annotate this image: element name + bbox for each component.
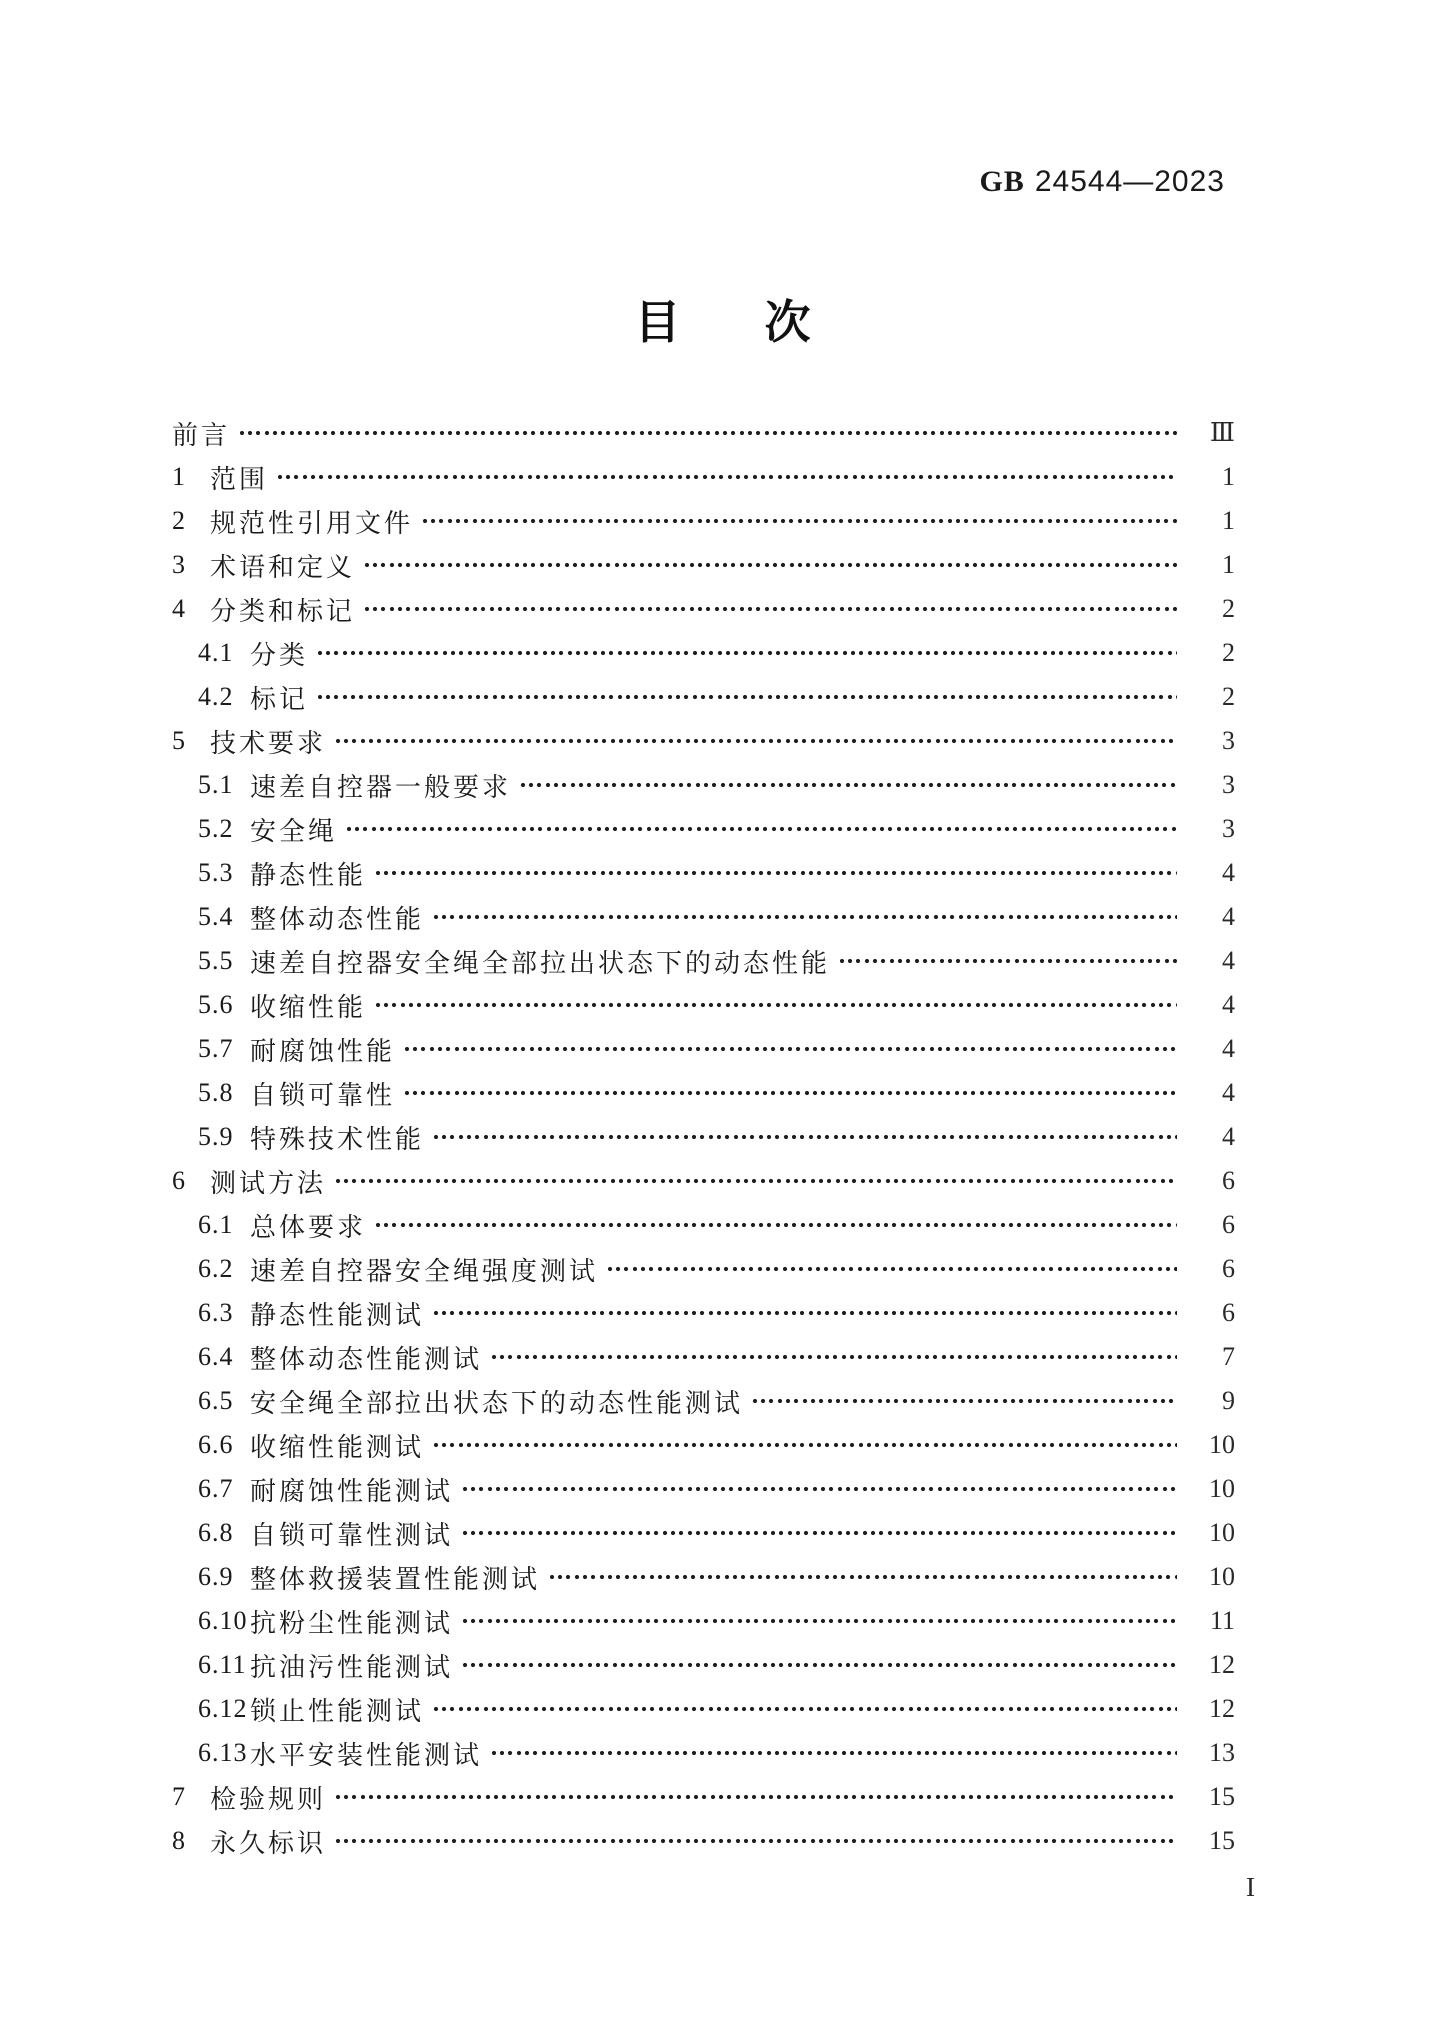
toc-entry-page: 2 bbox=[1189, 682, 1235, 712]
toc-entry-title: 整体动态性能测试 bbox=[250, 1339, 482, 1376]
toc-entry-number: 5.8 bbox=[198, 1078, 250, 1108]
toc-entry-title: 抗粉尘性能测试 bbox=[250, 1603, 453, 1640]
toc-row: 5.6收缩性能4 bbox=[172, 983, 1235, 1027]
toc-row: 2规范性引用文件1 bbox=[172, 499, 1235, 543]
toc-entry-title: 抗油污性能测试 bbox=[250, 1647, 453, 1684]
toc-entry-page: 4 bbox=[1189, 990, 1235, 1020]
toc-entry-number: 6.8 bbox=[198, 1518, 250, 1548]
dot-leader bbox=[374, 851, 1177, 895]
toc-entry-title: 检验规则 bbox=[210, 1779, 326, 1816]
toc-entry-number: 6.9 bbox=[198, 1562, 250, 1592]
toc-entry-number: 2 bbox=[172, 506, 210, 536]
toc-entry-title: 锁止性能测试 bbox=[250, 1691, 424, 1728]
toc-entry-number: 5.7 bbox=[198, 1034, 250, 1064]
toc-row: 5.2安全绳3 bbox=[172, 807, 1235, 851]
toc-row: 6.12锁止性能测试12 bbox=[172, 1687, 1235, 1731]
toc-entry-title: 范围 bbox=[210, 459, 268, 496]
toc-entry-title: 速差自控器安全绳强度测试 bbox=[250, 1251, 598, 1288]
toc-row: 5.9特殊技术性能4 bbox=[172, 1115, 1235, 1159]
toc-entry-page: 11 bbox=[1189, 1606, 1235, 1636]
toc-entry-number: 5.2 bbox=[198, 814, 250, 844]
toc-entry-page: 13 bbox=[1189, 1738, 1235, 1768]
dot-leader bbox=[461, 1511, 1177, 1555]
toc-row: 6.9整体救援装置性能测试10 bbox=[172, 1555, 1235, 1599]
toc-entry-title: 特殊技术性能 bbox=[250, 1119, 424, 1156]
toc-row: 6.11抗油污性能测试12 bbox=[172, 1643, 1235, 1687]
toc-entry-page: 4 bbox=[1189, 1122, 1235, 1152]
toc-entry-number: 5.3 bbox=[198, 858, 250, 888]
dot-leader bbox=[403, 1071, 1177, 1115]
dot-leader bbox=[363, 543, 1177, 587]
toc-entry-number: 5.4 bbox=[198, 902, 250, 932]
toc-entry-number: 6.13 bbox=[198, 1738, 250, 1768]
dot-leader bbox=[334, 1819, 1177, 1863]
toc-entry-page: 10 bbox=[1189, 1430, 1235, 1460]
dot-leader bbox=[432, 895, 1177, 939]
toc-row: 6.13水平安装性能测试13 bbox=[172, 1731, 1235, 1775]
toc-entry-number: 7 bbox=[172, 1782, 210, 1812]
dot-leader bbox=[548, 1555, 1177, 1599]
dot-leader bbox=[490, 1731, 1177, 1775]
toc-entry-number: 6.1 bbox=[198, 1210, 250, 1240]
toc-entry-page: 9 bbox=[1189, 1386, 1235, 1416]
toc-entry-number: 5.5 bbox=[198, 946, 250, 976]
dot-leader bbox=[334, 1775, 1177, 1819]
toc-entry-page: 10 bbox=[1189, 1474, 1235, 1504]
toc-entry-title: 标记 bbox=[250, 679, 308, 716]
standard-code-prefix: GB bbox=[979, 165, 1024, 198]
toc-entry-number: 6.12 bbox=[198, 1694, 250, 1724]
dot-leader bbox=[421, 499, 1177, 543]
toc-entry-page: Ⅲ bbox=[1189, 418, 1235, 448]
toc-entry-page: 2 bbox=[1189, 638, 1235, 668]
page-title-wrap: 目次 bbox=[0, 286, 1445, 352]
toc-entry-number: 8 bbox=[172, 1826, 210, 1856]
dot-leader bbox=[276, 455, 1177, 499]
dot-leader bbox=[316, 631, 1177, 675]
toc-row: 5.1速差自控器一般要求3 bbox=[172, 763, 1235, 807]
document-page: GB24544—2023 目次 前言Ⅲ1范围12规范性引用文件13术语和定义14… bbox=[0, 0, 1445, 2044]
dot-leader bbox=[403, 1027, 1177, 1071]
toc-entry-title: 安全绳 bbox=[250, 811, 337, 848]
toc-entry-title: 前言 bbox=[172, 415, 230, 452]
toc-entry-title: 分类和标记 bbox=[210, 591, 355, 628]
toc-entry-number: 5.6 bbox=[198, 990, 250, 1020]
toc-entry-page: 7 bbox=[1189, 1342, 1235, 1372]
toc-entry-title: 静态性能 bbox=[250, 855, 366, 892]
toc-row: 6.7耐腐蚀性能测试10 bbox=[172, 1467, 1235, 1511]
toc-entry-page: 2 bbox=[1189, 594, 1235, 624]
toc-row: 4.1分类2 bbox=[172, 631, 1235, 675]
toc-entry-number: 6.5 bbox=[198, 1386, 250, 1416]
page-title: 目次 bbox=[551, 295, 895, 349]
dot-leader bbox=[490, 1335, 1177, 1379]
page-number-footer: I bbox=[1246, 1872, 1255, 1903]
standard-code-number: 24544—2023 bbox=[1035, 165, 1225, 198]
toc-entry-page: 12 bbox=[1189, 1650, 1235, 1680]
toc-entry-title: 永久标识 bbox=[210, 1823, 326, 1860]
toc-entry-number: 4.2 bbox=[198, 682, 250, 712]
toc-entry-title: 分类 bbox=[250, 635, 308, 672]
toc-entry-title: 技术要求 bbox=[210, 723, 326, 760]
toc-row: 6.1总体要求6 bbox=[172, 1203, 1235, 1247]
dot-leader bbox=[461, 1643, 1177, 1687]
toc-row: 5.8自锁可靠性4 bbox=[172, 1071, 1235, 1115]
toc-entry-title: 自锁可靠性 bbox=[250, 1075, 395, 1112]
toc-entry-title: 耐腐蚀性能测试 bbox=[250, 1471, 453, 1508]
toc-entry-number: 6.7 bbox=[198, 1474, 250, 1504]
toc-entry-page: 6 bbox=[1189, 1254, 1235, 1284]
dot-leader bbox=[432, 1687, 1177, 1731]
toc-entry-title: 收缩性能测试 bbox=[250, 1427, 424, 1464]
dot-leader bbox=[461, 1467, 1177, 1511]
toc-entry-title: 术语和定义 bbox=[210, 547, 355, 584]
toc-row: 5技术要求3 bbox=[172, 719, 1235, 763]
toc-entry-title: 整体动态性能 bbox=[250, 899, 424, 936]
toc-entry-number: 6.10 bbox=[198, 1606, 250, 1636]
toc-row: 5.3静态性能4 bbox=[172, 851, 1235, 895]
toc-entry-number: 6.4 bbox=[198, 1342, 250, 1372]
toc-row: 6.8自锁可靠性测试10 bbox=[172, 1511, 1235, 1555]
toc-row: 6.2速差自控器安全绳强度测试6 bbox=[172, 1247, 1235, 1291]
toc-entry-title: 规范性引用文件 bbox=[210, 503, 413, 540]
dot-leader bbox=[432, 1423, 1177, 1467]
dot-leader bbox=[316, 675, 1177, 719]
toc-entry-title: 速差自控器安全绳全部拉出状态下的动态性能 bbox=[250, 943, 830, 980]
toc-list: 前言Ⅲ1范围12规范性引用文件13术语和定义14分类和标记24.1分类24.2标… bbox=[172, 411, 1235, 1863]
toc-entry-number: 1 bbox=[172, 462, 210, 492]
toc-row: 5.4整体动态性能4 bbox=[172, 895, 1235, 939]
toc-entry-title: 安全绳全部拉出状态下的动态性能测试 bbox=[250, 1383, 743, 1420]
dot-leader bbox=[238, 411, 1177, 455]
toc-entry-number: 5.1 bbox=[198, 770, 250, 800]
toc-entry-title: 测试方法 bbox=[210, 1163, 326, 1200]
dot-leader bbox=[461, 1599, 1177, 1643]
toc-entry-title: 速差自控器一般要求 bbox=[250, 767, 511, 804]
toc-entry-page: 1 bbox=[1189, 506, 1235, 536]
dot-leader bbox=[606, 1247, 1177, 1291]
toc-entry-page: 6 bbox=[1189, 1166, 1235, 1196]
dot-leader bbox=[751, 1379, 1177, 1423]
toc-entry-page: 4 bbox=[1189, 1034, 1235, 1064]
toc-row: 6测试方法6 bbox=[172, 1159, 1235, 1203]
standard-code: GB24544—2023 bbox=[979, 165, 1225, 199]
toc-entry-number: 6 bbox=[172, 1166, 210, 1196]
toc-entry-number: 6.2 bbox=[198, 1254, 250, 1284]
dot-leader bbox=[432, 1291, 1177, 1335]
toc-entry-number: 6.6 bbox=[198, 1430, 250, 1460]
toc-entry-page: 6 bbox=[1189, 1210, 1235, 1240]
toc-entry-page: 10 bbox=[1189, 1562, 1235, 1592]
toc-entry-title: 静态性能测试 bbox=[250, 1295, 424, 1332]
toc-entry-page: 6 bbox=[1189, 1298, 1235, 1328]
toc-entry-number: 6.11 bbox=[198, 1650, 250, 1680]
toc-entry-title: 整体救援装置性能测试 bbox=[250, 1559, 540, 1596]
dot-leader bbox=[334, 719, 1177, 763]
toc-row: 5.7耐腐蚀性能4 bbox=[172, 1027, 1235, 1071]
toc-entry-title: 自锁可靠性测试 bbox=[250, 1515, 453, 1552]
toc-entry-number: 3 bbox=[172, 550, 210, 580]
toc-row: 6.3静态性能测试6 bbox=[172, 1291, 1235, 1335]
toc-row: 6.10抗粉尘性能测试11 bbox=[172, 1599, 1235, 1643]
toc-row: 6.4整体动态性能测试7 bbox=[172, 1335, 1235, 1379]
dot-leader bbox=[334, 1159, 1177, 1203]
toc-entry-number: 4 bbox=[172, 594, 210, 624]
toc-entry-page: 15 bbox=[1189, 1826, 1235, 1856]
toc-row: 3术语和定义1 bbox=[172, 543, 1235, 587]
toc-entry-page: 4 bbox=[1189, 902, 1235, 932]
toc-row: 5.5速差自控器安全绳全部拉出状态下的动态性能4 bbox=[172, 939, 1235, 983]
toc-entry-title: 水平安装性能测试 bbox=[250, 1735, 482, 1772]
toc-row: 6.6收缩性能测试10 bbox=[172, 1423, 1235, 1467]
dot-leader bbox=[838, 939, 1177, 983]
toc-row: 4.2标记2 bbox=[172, 675, 1235, 719]
toc-entry-page: 4 bbox=[1189, 858, 1235, 888]
toc-entry-number: 5.9 bbox=[198, 1122, 250, 1152]
toc-row: 1范围1 bbox=[172, 455, 1235, 499]
toc-entry-page: 3 bbox=[1189, 770, 1235, 800]
toc-entry-page: 10 bbox=[1189, 1518, 1235, 1548]
toc-row: 6.5安全绳全部拉出状态下的动态性能测试9 bbox=[172, 1379, 1235, 1423]
toc-entry-page: 3 bbox=[1189, 814, 1235, 844]
toc-row: 前言Ⅲ bbox=[172, 411, 1235, 455]
toc-entry-title: 收缩性能 bbox=[250, 987, 366, 1024]
toc-entry-number: 4.1 bbox=[198, 638, 250, 668]
toc-entry-number: 6.3 bbox=[198, 1298, 250, 1328]
toc-entry-page: 4 bbox=[1189, 1078, 1235, 1108]
toc-entry-title: 总体要求 bbox=[250, 1207, 366, 1244]
dot-leader bbox=[374, 983, 1177, 1027]
dot-leader bbox=[345, 807, 1177, 851]
toc-entry-page: 1 bbox=[1189, 462, 1235, 492]
dot-leader bbox=[363, 587, 1177, 631]
dot-leader bbox=[432, 1115, 1177, 1159]
toc-entry-page: 12 bbox=[1189, 1694, 1235, 1724]
toc-entry-page: 3 bbox=[1189, 726, 1235, 756]
toc-row: 7检验规则15 bbox=[172, 1775, 1235, 1819]
dot-leader bbox=[519, 763, 1177, 807]
toc-entry-page: 1 bbox=[1189, 550, 1235, 580]
toc-entry-number: 5 bbox=[172, 726, 210, 756]
dot-leader bbox=[374, 1203, 1177, 1247]
toc-entry-title: 耐腐蚀性能 bbox=[250, 1031, 395, 1068]
toc-row: 8永久标识15 bbox=[172, 1819, 1235, 1863]
toc-row: 4分类和标记2 bbox=[172, 587, 1235, 631]
toc-entry-page: 4 bbox=[1189, 946, 1235, 976]
toc-entry-page: 15 bbox=[1189, 1782, 1235, 1812]
